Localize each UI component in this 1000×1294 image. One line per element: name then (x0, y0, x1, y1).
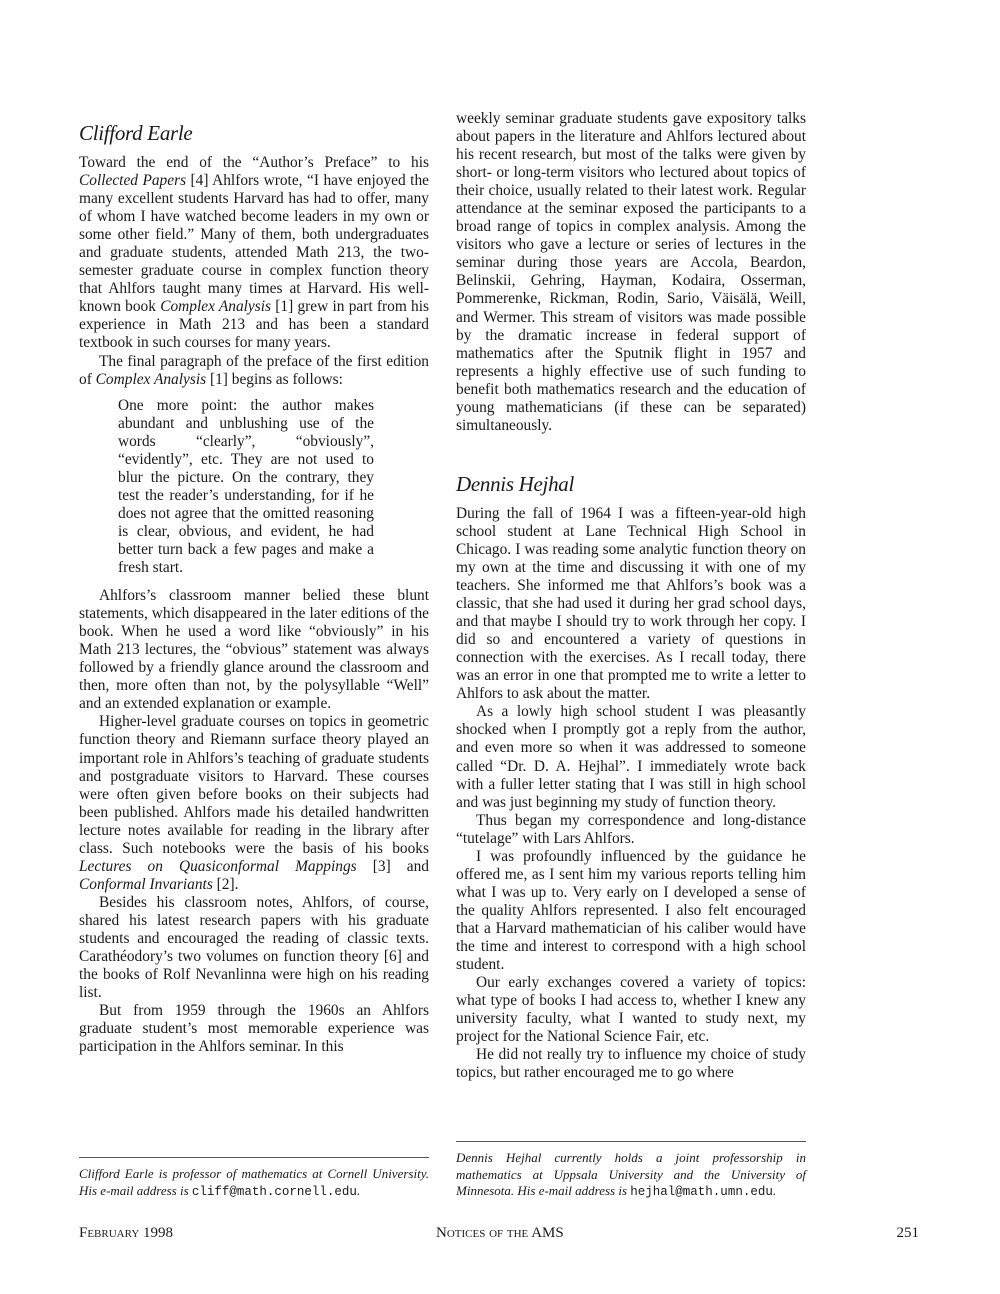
author-footnote-earle: Clifford Earle is professor of mathemati… (79, 1157, 429, 1200)
page-number: 251 (897, 1225, 920, 1242)
book-title: Conformal Invariants (79, 876, 213, 893)
paragraph: The final paragraph of the preface of th… (79, 353, 429, 389)
paragraph: I was profoundly influenced by the guida… (456, 848, 806, 974)
paragraph: Ahlfors’s classroom manner belied these … (79, 587, 429, 713)
text: [1] begins as follows: (206, 371, 343, 388)
text: [3] and (357, 858, 429, 875)
left-column: Clifford Earle Toward the end of the “Au… (79, 112, 429, 1056)
book-title: Complex Analysis (96, 371, 206, 388)
paragraph: Our early exchanges covered a variety of… (456, 974, 806, 1046)
text: Higher-level graduate courses on topics … (79, 713, 429, 856)
email-address: cliff@math.cornell.edu (192, 1185, 357, 1199)
text: Toward the end of the “Author’s Preface”… (79, 154, 429, 171)
book-title: Complex Analysis (160, 298, 271, 315)
block-quote: One more point: the author makes abundan… (118, 397, 374, 577)
text: . (357, 1183, 360, 1198)
section-title-clifford-earle: Clifford Earle (79, 120, 429, 146)
author-footnote-hejhal: Dennis Hejhal currently holds a joint pr… (456, 1141, 806, 1201)
paragraph: Toward the end of the “Author’s Preface”… (79, 154, 429, 353)
journal-name: Notices of the AMS (436, 1225, 564, 1242)
paragraph: Thus began my correspondence and long-di… (456, 812, 806, 848)
email-address: hejhal@math.umn.edu (630, 1185, 773, 1199)
paragraph: But from 1959 through the 1960s an Ahlfo… (79, 1002, 429, 1056)
paragraph: weekly seminar graduate students gave ex… (456, 110, 806, 435)
paragraph: As a lowly high school student I was ple… (456, 703, 806, 811)
paragraph: Besides his classroom notes, Ahlfors, of… (79, 894, 429, 1002)
page-footer: February 1998 Notices of the AMS 251 (79, 1225, 919, 1245)
spacer (456, 435, 806, 463)
paragraph: During the fall of 1964 I was a fifteen-… (456, 505, 806, 704)
right-column: weekly seminar graduate students gave ex… (456, 110, 806, 1082)
text: [4] Ahlfors wrote, “I have enjoyed the m… (79, 172, 429, 315)
text: . (773, 1183, 776, 1198)
paragraph: He did not really try to influence my ch… (456, 1046, 806, 1082)
paragraph: Higher-level graduate courses on topics … (79, 713, 429, 893)
issue-date: February 1998 (79, 1225, 173, 1242)
book-title: Collected Papers (79, 172, 186, 189)
section-title-dennis-hejhal: Dennis Hejhal (456, 471, 806, 497)
book-title: Lectures on Quasiconformal Mappings (79, 858, 357, 875)
text: [2]. (213, 876, 239, 893)
